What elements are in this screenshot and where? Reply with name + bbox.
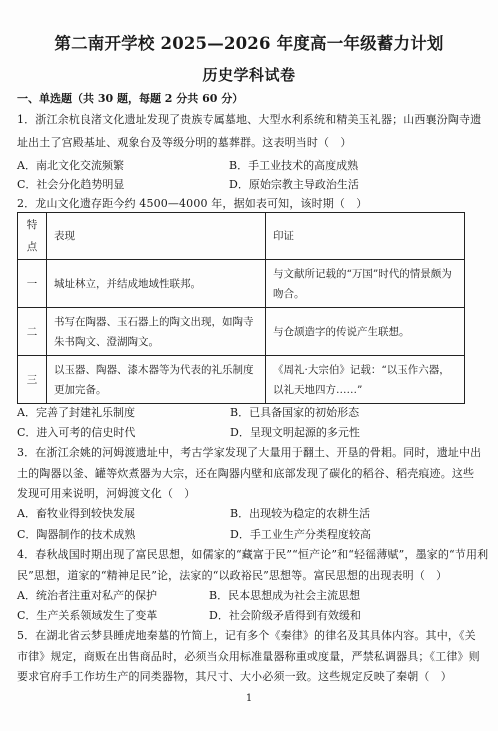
q5-stem-line-3: 要求官府手工作坊生产的同类器物，其尺寸、大小必须一致。这些规定反映了秦朝（ ） [17, 668, 452, 684]
q5-stem-line-2: 市律》规定，商贩在出售商品时，必须当众用标准量器称重或度量，严禁私调器具；《工律… [17, 648, 480, 664]
table-header-cell: 印证 [266, 213, 465, 260]
table-cell: 与文献所记载的“万国”时代的情景颇为吻合。 [266, 260, 465, 308]
q2-stem-line-1: 2．龙山文化遗存距今约 4500—4000 年，据如表可知，该时期（ ） [17, 195, 367, 211]
q3-stem-line-3: 发现可用来说明，河姆渡文化（ ） [17, 485, 195, 501]
q3-option-c[interactable]: C．陶器制作的技术成熟 [17, 526, 135, 542]
q5-stem-line-1: 5．在湖北省云梦县睡虎地秦墓的竹简上，记有多个《秦律》的律名及其具体内容。其中，… [17, 627, 476, 643]
table-cell: 二 [18, 308, 47, 356]
q4-option-d[interactable]: D．社会阶级矛盾得到有效缓和 [209, 607, 361, 623]
table-header-row: 特点 表现 印证 [18, 213, 465, 260]
q4-option-b[interactable]: B．民本思想成为社会主流思想 [209, 587, 360, 603]
q3-option-a[interactable]: A．畜牧业得到较快发展 [17, 505, 135, 521]
q1-stem-line-1: 1．浙江余杭良渚文化遗址发现了贵族专属墓地、大型水利系统和精美玉礼器；山西襄汾陶… [17, 111, 481, 127]
table-cell: 与仓颉造字的传说产生联想。 [266, 308, 465, 356]
table-header-cell: 特点 [18, 213, 47, 260]
q4-stem-line-2: 民”思想，道家的“精神足民”论，法家的“以政裕民”思想等。富民思想的出现表明（ … [17, 567, 447, 583]
table-row: 二 书写在陶器、玉石器上的陶文出现，如陶寺朱书陶文、澄湖陶文。 与仓颉造字的传说… [18, 308, 465, 356]
q1-option-d[interactable]: D．原始宗教主导政治生活 [229, 176, 359, 192]
table-cell: 以玉器、陶器、漆木器等为代表的礼乐制度更加完备。 [47, 356, 266, 404]
table-row: 三 以玉器、陶器、漆木器等为代表的礼乐制度更加完备。 《周礼·大宗伯》记载：“以… [18, 356, 465, 404]
table-header-cell: 表现 [47, 213, 266, 260]
exam-subtitle: 历史学科试卷 [0, 64, 498, 85]
q4-option-a[interactable]: A．统治者注重对私产的保护 [17, 587, 157, 603]
table-row: 一 城址林立，并结成地域性联邦。 与文献所记载的“万国”时代的情景颇为吻合。 [18, 260, 465, 308]
page-number: 1 [0, 693, 498, 704]
q3-option-d[interactable]: D．手工业生产分类程度较高 [230, 526, 371, 542]
section-heading: 一、单选题（共 30 题，每题 2 分共 60 分） [17, 90, 243, 106]
table-cell: 《周礼·大宗伯》记载：“以玉作六器，以礼天地四方……” [266, 356, 465, 404]
q1-option-b[interactable]: B．手工业技术的高度成熟 [229, 157, 358, 173]
table-cell: 一 [18, 260, 47, 308]
table-cell: 城址林立，并结成地域性联邦。 [47, 260, 266, 308]
q2-option-a[interactable]: A．完善了封建礼乐制度 [17, 404, 135, 420]
table-cell: 书写在陶器、玉石器上的陶文出现，如陶寺朱书陶文、澄湖陶文。 [47, 308, 266, 356]
q2-option-c[interactable]: C．进入可考的信史时代 [17, 424, 135, 440]
q1-option-a[interactable]: A．南北文化交流频繁 [17, 157, 124, 173]
q1-option-c[interactable]: C．社会分化趋势明显 [17, 176, 124, 192]
q2-option-b[interactable]: B．已具备国家的初始形态 [230, 404, 359, 420]
q2-table: 特点 表现 印证 一 城址林立，并结成地域性联邦。 与文献所记载的“万国”时代的… [17, 212, 465, 404]
q1-stem-line-2: 址出土了宫殿基址、观象台及等级分明的墓葬群。这表明当时（ ） [17, 134, 352, 150]
table-cell: 三 [18, 356, 47, 404]
exam-page: 第二南开学校 2025—2026 年度高一年级蓄力计划 历史学科试卷 一、单选题… [0, 0, 498, 731]
q4-option-c[interactable]: C．生产关系领域发生了变革 [17, 607, 157, 623]
q4-stem-line-1: 4．春秋战国时期出现了富民思想，如儒家的“藏富于民”“恒产论”和“轻徭薄赋”，墨… [17, 546, 488, 562]
exam-title: 第二南开学校 2025—2026 年度高一年级蓄力计划 [0, 30, 498, 54]
q3-option-b[interactable]: B．出现较为稳定的农耕生活 [230, 505, 370, 521]
q3-stem-line-1: 3．在浙江余姚的河姆渡遗址中，考古学家发现了大量用于翻土、开垦的骨耜。同时，遗址… [17, 444, 481, 460]
q2-option-d[interactable]: D．呈现文明起源的多元性 [230, 424, 360, 440]
q3-stem-line-2: 土的陶器以釜、罐等炊煮器为大宗，还在陶器内壁和底部发现了碳化的稻谷、稻壳痕迹。这… [17, 465, 474, 481]
